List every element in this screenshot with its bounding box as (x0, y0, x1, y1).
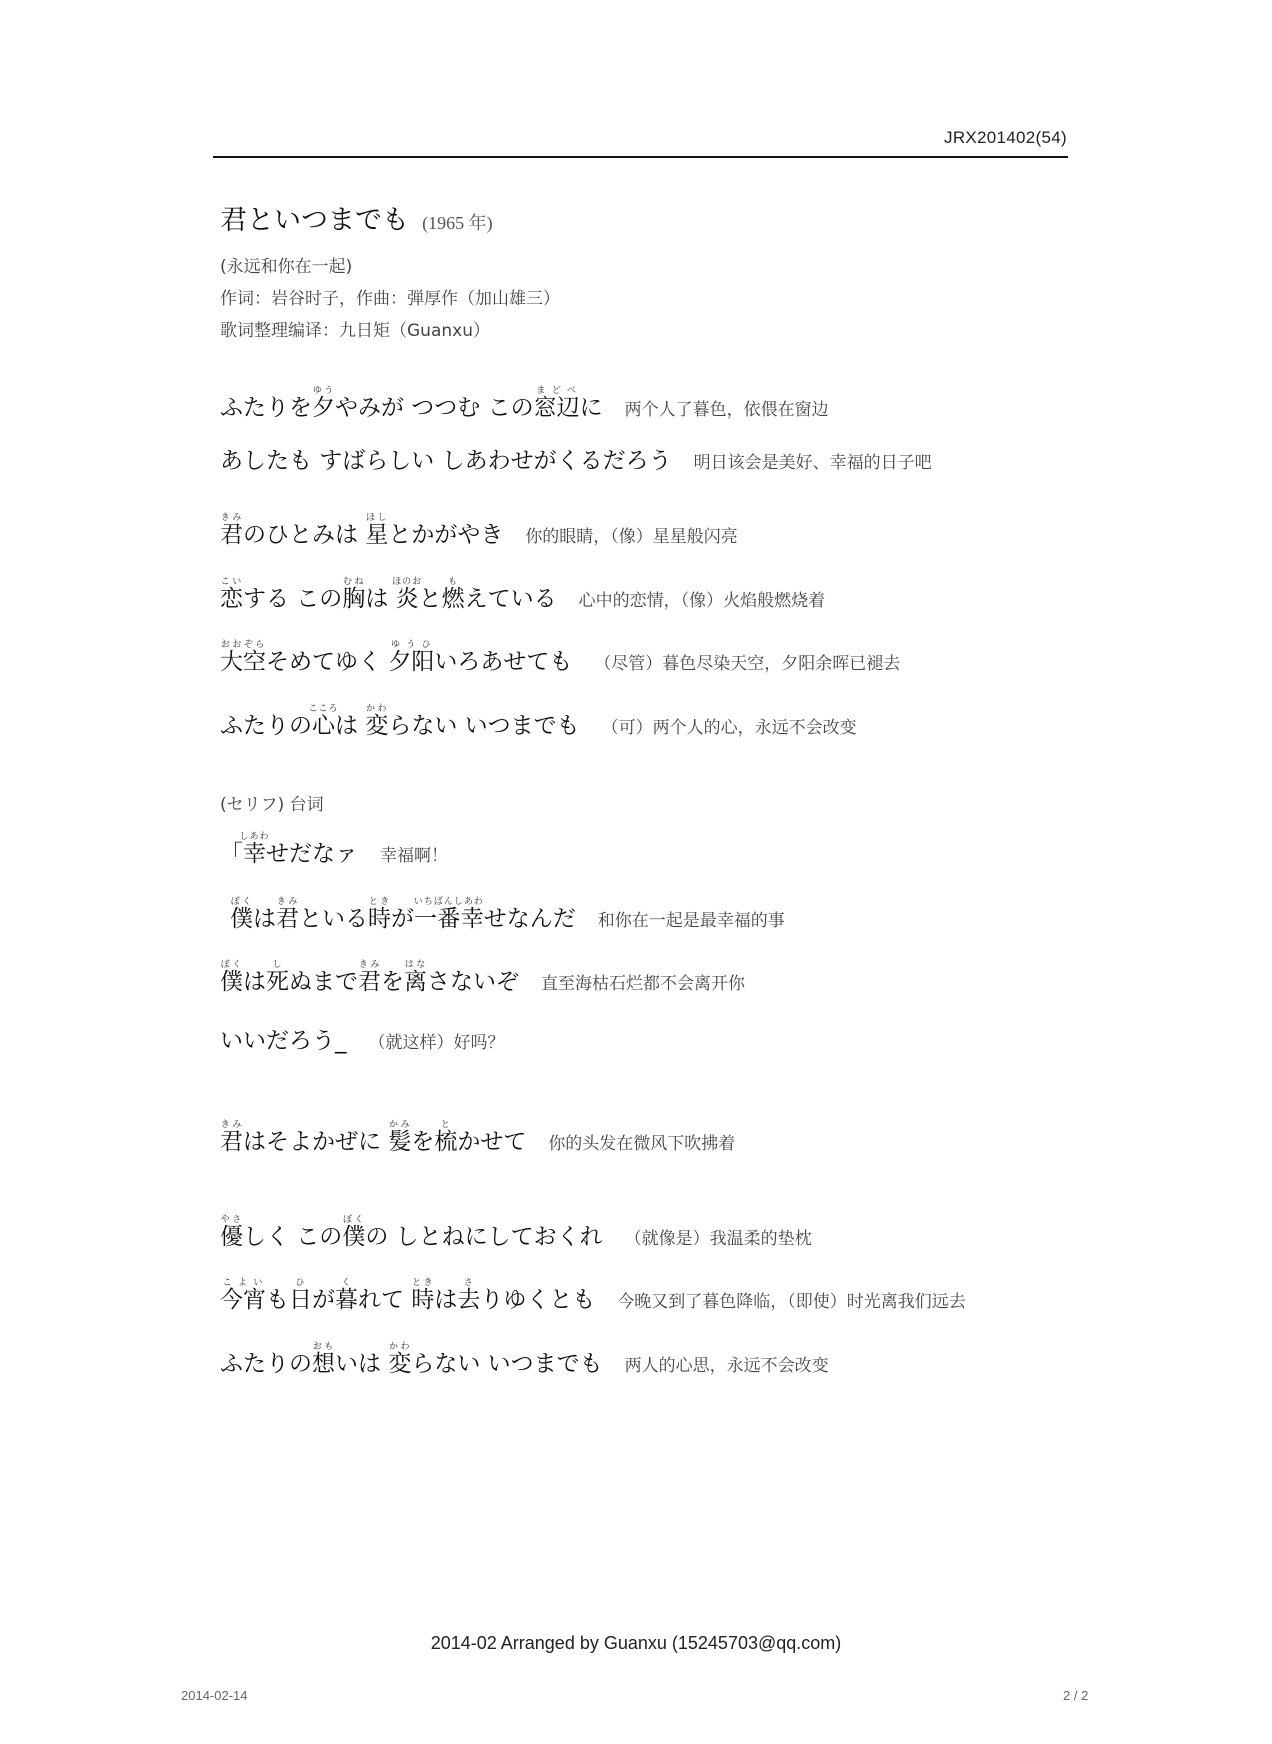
lyric-line: 君きみのひとみは 星ほしとかがやき 你的眼睛，（像）星星般闪亮 (220, 513, 738, 547)
furigana-word: 燃も (442, 586, 465, 612)
dialogue-line: いいだろう_ （就这样）好吗？ (220, 1030, 505, 1053)
lyric-japanese: ふたりを夕ゆうやみが つつむ この窓辺まどべに (220, 386, 603, 420)
lyric-japanese: 僕ぼくは死しぬまで君きみを离はなさないぞ (220, 960, 519, 994)
lyric-line: 大空おおぞらそめてゆく 夕阳ゆうひいろあせても （尽管）暮色尽染天空，夕阳余晖已… (220, 640, 900, 674)
furigana-word: 炎ほのお (396, 586, 419, 612)
furigana-word: 髪かみ (388, 1129, 411, 1155)
lyric-chinese: 两人的心思，永远不会改变 (625, 1358, 829, 1376)
song-credits: 作词：岩谷时子，作曲：弾厚作（加山雄三） (220, 284, 560, 309)
lyric-line: あしたも すばらしい しあわせがくるだろう 明日该会是美好、幸福的日子吧 (220, 450, 932, 473)
lyric-chinese: （可）两个人的心，永远不会改变 (602, 720, 857, 738)
furigana-word: 夕阳ゆうひ (388, 649, 434, 675)
furigana-word: 君きみ (276, 906, 299, 932)
lyric-japanese: 「幸しあわせだなァ (220, 832, 358, 866)
furigana-word: 時とき (368, 906, 391, 932)
song-title: 君といつまでも (220, 205, 409, 236)
furigana-word: 時とき (411, 1287, 434, 1313)
furigana-word: 暮く (335, 1287, 358, 1313)
lyric-chinese: 和你在一起是最幸福的事 (598, 913, 785, 931)
lyric-line: ふたりを夕ゆうやみが つつむ この窓辺まどべに 两个人了暮色，依偎在窗边 (220, 386, 829, 420)
lyric-japanese: いいだろう_ (220, 1030, 347, 1053)
lyric-line: ふたりの想おもいは 変かわらない いつまでも 两人的心思，永远不会改变 (220, 1342, 829, 1376)
furigana-word: 君きみ (220, 522, 243, 548)
furigana-word: 君きみ (220, 1129, 243, 1155)
furigana-word: 幸しあわ (243, 841, 266, 867)
title-row: 君といつまでも (1965 年) (220, 198, 493, 237)
lyric-japanese: ふたりの想おもいは 変かわらない いつまでも (220, 1342, 603, 1376)
lyric-line: 恋こいする この胸むねは 炎ほのおと燃もえている 心中的恋情，（像）火焰般燃烧着 (220, 577, 825, 611)
song-arranger: 歌词整理编译：九日矩（Guanxu） (220, 316, 490, 341)
furigana-word: 心こころ (312, 713, 335, 739)
dialogue-line: 僕ぼくは死しぬまで君きみを离はなさないぞ 直至海枯石烂都不会离开你 (220, 960, 745, 994)
header-rule (213, 156, 1068, 158)
furigana-word: 君きみ (358, 969, 381, 995)
lyric-chinese: 直至海枯石烂都不会离开你 (541, 976, 745, 994)
lyric-chinese: （就像是）我温柔的垫枕 (625, 1231, 812, 1249)
song-subtitle: (永远和你在一起) (220, 252, 352, 277)
lyric-chinese: 今晚又到了暮色降临，（即使）时光离我们远去 (617, 1294, 966, 1312)
lyric-japanese: 僕ぼくは君きみといる時ときが一番幸いちばんしあわせなんだ (230, 897, 576, 931)
lyric-chinese: （尽管）暮色尽染天空，夕阳余晖已褪去 (594, 656, 900, 674)
furigana-word: 梳と (434, 1129, 457, 1155)
furigana-word: 日ひ (289, 1287, 312, 1313)
furigana-word: 僕ぼく (230, 906, 253, 932)
furigana-word: 死し (266, 969, 289, 995)
dialogue-label: (セリフ) 台词 (220, 790, 324, 815)
lyric-japanese: 君きみはそよかぜに 髪かみを梳とかせて (220, 1120, 526, 1154)
document-code: JRX201402(54) (944, 128, 1067, 148)
furigana-word: 恋こい (220, 586, 243, 612)
lyric-japanese: 大空おおぞらそめてゆく 夕阳ゆうひいろあせても (220, 640, 572, 674)
lyric-line: 君きみはそよかぜに 髪かみを梳とかせて 你的头发在微风下吹拂着 (220, 1120, 735, 1154)
lyric-line: ふたりの心こころは 変かわらない いつまでも （可）两个人的心，永远不会改变 (220, 704, 857, 738)
furigana-word: 僕ぼく (342, 1224, 365, 1250)
furigana-word: 夕ゆう (312, 395, 335, 421)
furigana-word: 窓辺まどべ (534, 395, 580, 421)
furigana-word: 今宵こよい (220, 1287, 266, 1313)
lyric-chinese: （就这样）好吗？ (369, 1035, 505, 1053)
lyric-japanese: 今宵こよいも日ひが暮くれて 時ときは去さりゆくとも (220, 1278, 595, 1312)
dialogue-line: 「幸しあわせだなァ 幸福啊！ (220, 832, 448, 866)
furigana-word: 离はな (404, 969, 427, 995)
lyric-line: 優やさしく この僕ぼくの しとねにしておくれ （就像是）我温柔的垫枕 (220, 1215, 812, 1249)
footer-page-number: 2 / 2 (1063, 1688, 1088, 1703)
song-year: (1965 年) (422, 213, 493, 233)
lyric-chinese: 心中的恋情，（像）火焰般燃烧着 (579, 593, 826, 611)
furigana-word: 一番幸いちばんしあわ (414, 906, 484, 932)
lyric-japanese: あしたも すばらしい しあわせがくるだろう (220, 450, 672, 473)
footer-date: 2014-02-14 (181, 1688, 248, 1703)
furigana-word: 優やさ (220, 1224, 243, 1250)
furigana-word: 想おも (312, 1351, 335, 1377)
lyric-chinese: 两个人了暮色，依偎在窗边 (625, 402, 829, 420)
dialogue-line: 僕ぼくは君きみといる時ときが一番幸いちばんしあわせなんだ 和你在一起是最幸福的事 (230, 897, 785, 931)
furigana-word: 僕ぼく (220, 969, 243, 995)
lyric-japanese: ふたりの心こころは 変かわらない いつまでも (220, 704, 580, 738)
furigana-word: 胸むね (342, 586, 365, 612)
lyric-line: 今宵こよいも日ひが暮くれて 時ときは去さりゆくとも 今晚又到了暮色降临，（即使）… (220, 1278, 966, 1312)
lyric-chinese: 明日该会是美好、幸福的日子吧 (694, 455, 932, 473)
furigana-word: 変かわ (388, 1351, 411, 1377)
furigana-word: 大空おおぞら (220, 649, 266, 675)
lyric-japanese: 優やさしく この僕ぼくの しとねにしておくれ (220, 1215, 603, 1249)
lyric-japanese: 君きみのひとみは 星ほしとかがやき (220, 513, 503, 547)
furigana-word: 去さ (457, 1287, 480, 1313)
furigana-word: 変かわ (365, 713, 388, 739)
lyric-chinese: 幸福啊！ (380, 848, 448, 866)
lyric-japanese: 恋こいする この胸むねは 炎ほのおと燃もえている (220, 577, 557, 611)
lyric-chinese: 你的头发在微风下吹拂着 (548, 1136, 735, 1154)
lyric-chinese: 你的眼睛，（像）星星般闪亮 (525, 529, 738, 547)
footer-credit: 2014-02 Arranged by Guanxu (15245703@qq.… (0, 1633, 1272, 1654)
furigana-word: 星ほし (365, 522, 388, 548)
